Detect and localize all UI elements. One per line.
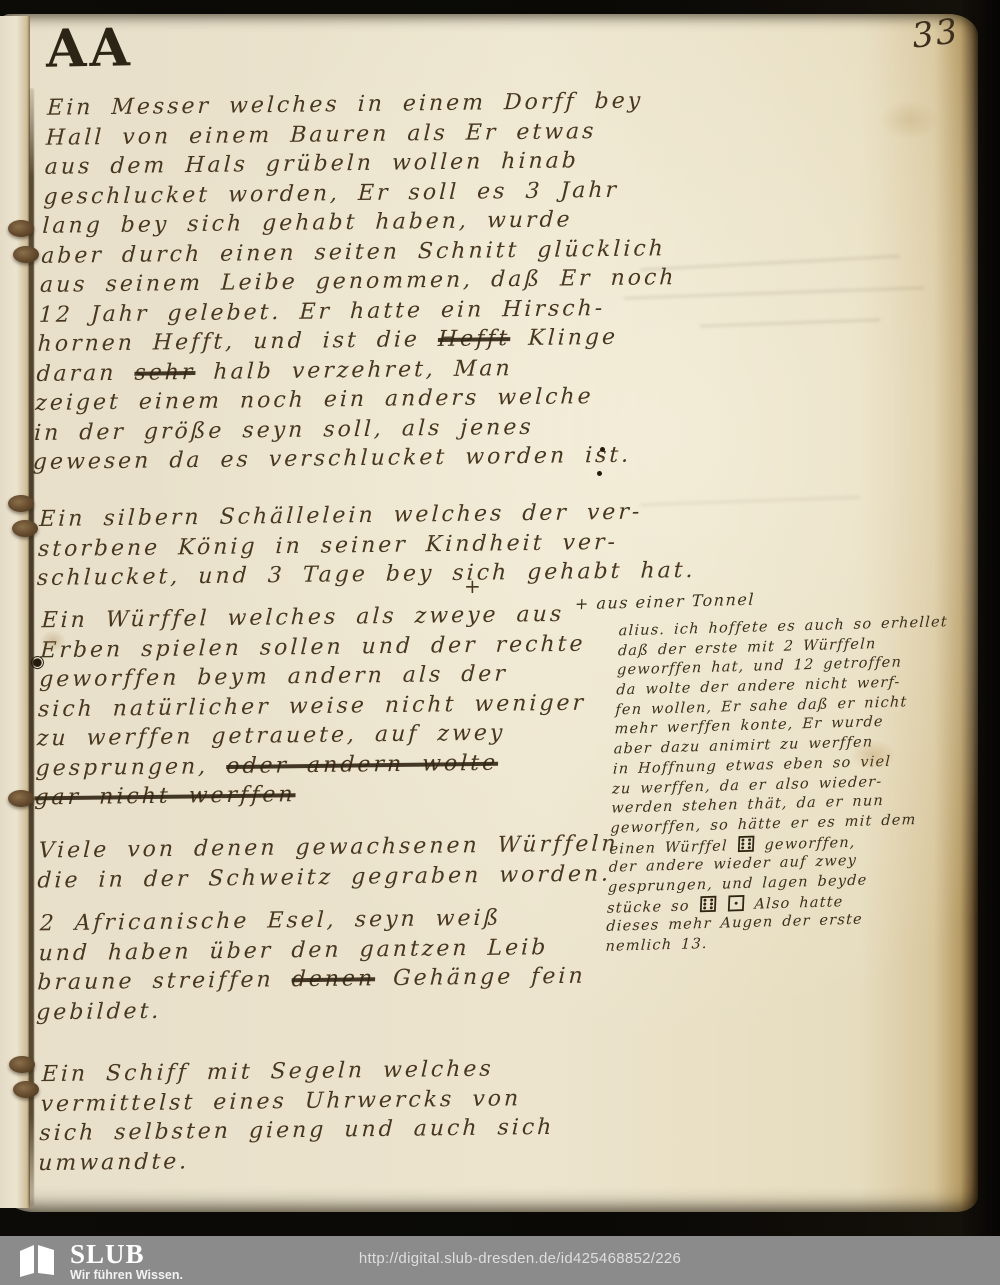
binding-stub bbox=[0, 16, 30, 1208]
die-face-icon: ⚅ bbox=[698, 892, 718, 918]
manuscript-paragraph: 2 Africanische Esel, seyn weißund haben … bbox=[36, 903, 589, 1028]
manuscript-paragraph: Ein Messer welches in einem Dorff beyHal… bbox=[32, 86, 684, 477]
stitch-knot bbox=[8, 220, 34, 237]
scanned-manuscript-viewer: AA 33 Ein Messer welches in einem Dorff … bbox=[0, 0, 1000, 1285]
viewer-footer-bar: SLUB Wir führen Wissen. http://digital.s… bbox=[0, 1236, 1000, 1285]
margin-note-block: alius. ich hoffete es auch so erhelletda… bbox=[605, 613, 948, 957]
stitch-knot bbox=[13, 246, 39, 263]
stitch-knot bbox=[12, 520, 38, 537]
die-face-icon: ⚅ bbox=[736, 832, 756, 858]
slub-tagline: Wir führen Wissen. bbox=[70, 1268, 183, 1282]
insertion-cross-mark: + bbox=[464, 574, 481, 598]
ink-dot bbox=[600, 447, 605, 452]
manuscript-line: sich selbsten gieng und auch sich bbox=[39, 1113, 555, 1149]
manuscript-paragraph: Ein silbern Schällelein welches der ver-… bbox=[36, 497, 698, 594]
stitch-knot bbox=[8, 495, 34, 512]
manuscript-paragraph: Ein Würffel welches als zweye ausErben s… bbox=[34, 600, 590, 813]
die-face-icon: ⚀ bbox=[726, 892, 746, 918]
paper-stain bbox=[850, 740, 896, 770]
manuscript-paragraph: Ein Schiff mit Segeln welchesvermittelst… bbox=[38, 1054, 558, 1178]
paper-stain bbox=[40, 630, 66, 652]
ink-dot bbox=[597, 471, 602, 476]
manuscript-line: umwandte. bbox=[38, 1142, 554, 1178]
paper-stain bbox=[880, 100, 940, 140]
page-number: 33 bbox=[910, 11, 962, 56]
stitch-knot bbox=[13, 1081, 39, 1098]
stitch-knot bbox=[9, 1056, 35, 1073]
stitch-knot bbox=[8, 790, 34, 807]
section-letter-heading: AA bbox=[45, 17, 133, 80]
document-url: http://digital.slub-dresden.de/id4254688… bbox=[0, 1250, 1000, 1267]
manuscript-paragraph: Viele von denen gewachsenen Würffelndie … bbox=[37, 829, 619, 895]
margin-dot-mark: ◉ bbox=[30, 652, 45, 672]
